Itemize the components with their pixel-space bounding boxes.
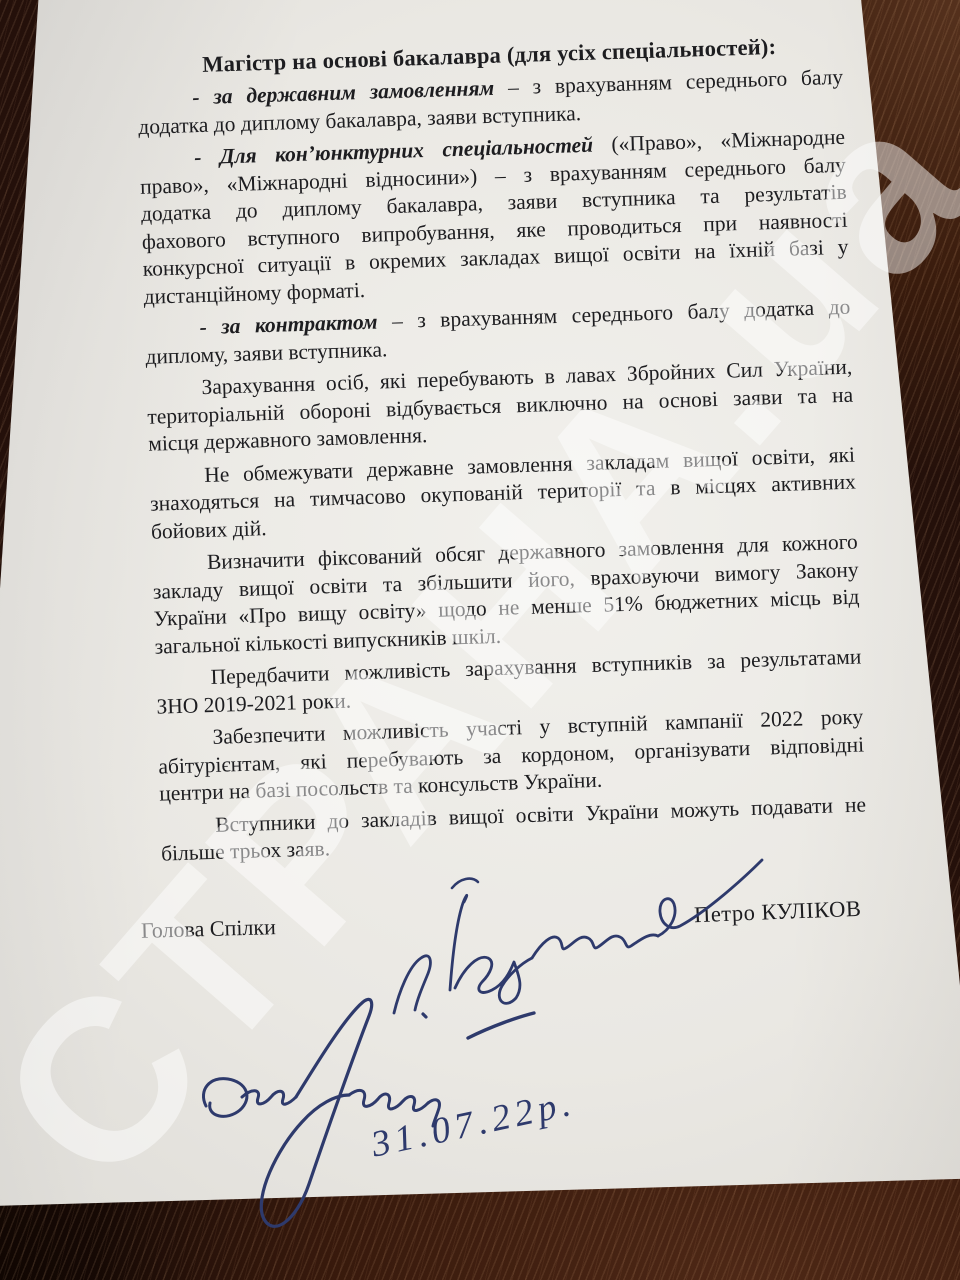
bullet-dash: - [199,314,221,339]
bullet-dash: - [194,144,220,169]
emphasis-text: за контрактом [221,310,378,339]
bullet-dash: - [192,85,214,110]
